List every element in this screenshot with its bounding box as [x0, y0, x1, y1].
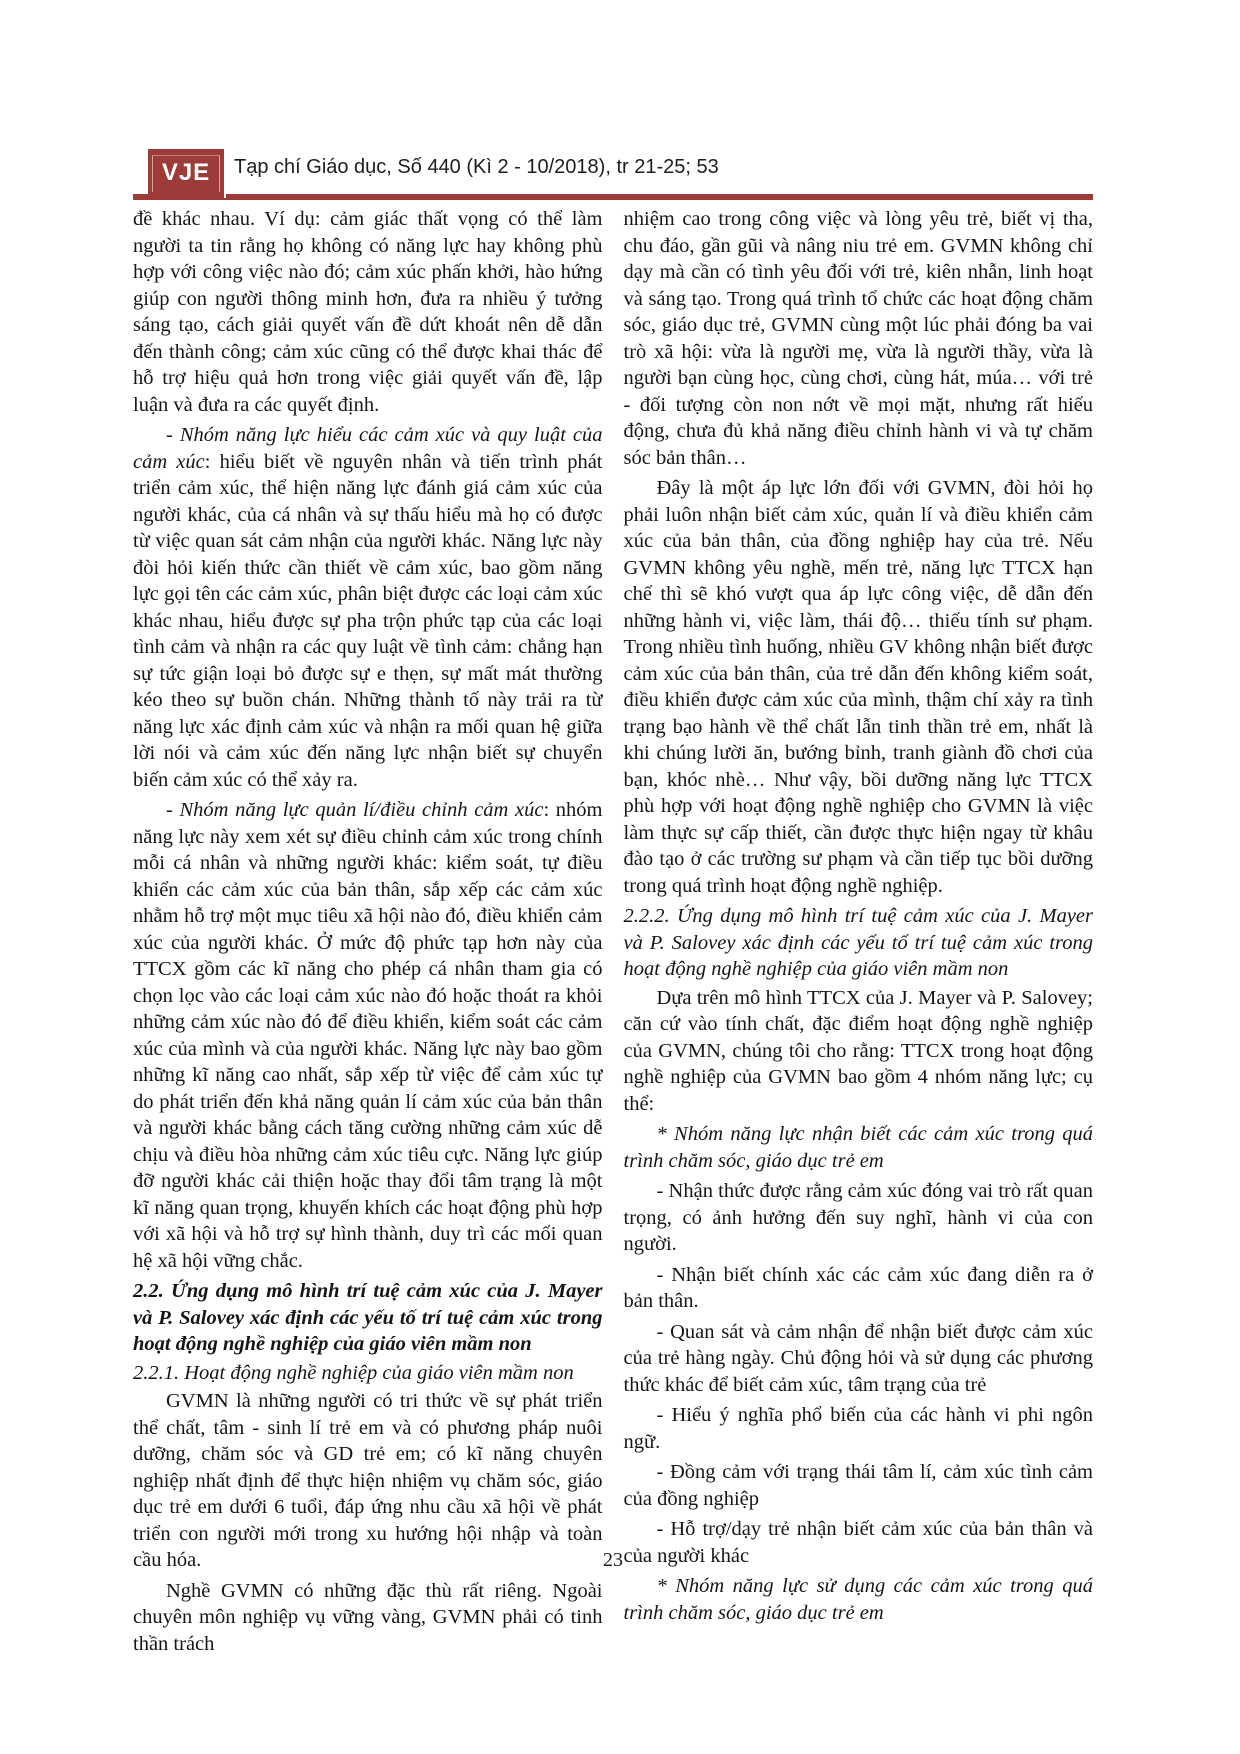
bullet-item: - Nhận thức được rằng cảm xúc đóng vai t…: [624, 1178, 1094, 1258]
paragraph-pressure: Đây là một áp lực lớn đối với GVMN, đòi …: [624, 475, 1094, 899]
journal-page: VJE Tạp chí Giáo dục, Số 440 (Kì 2 - 10/…: [0, 0, 1240, 1754]
section-heading-2-2-2: 2.2.2. Ứng dụng mô hình trí tuệ cảm xúc …: [624, 903, 1094, 983]
paragraph-lead-italic: - Nhóm năng lực quản lí/điều chỉnh cảm x…: [166, 799, 543, 821]
vje-logo: VJE: [148, 149, 226, 198]
paragraph-continuation: đề khác nhau. Ví dụ: cảm giác thất vọng …: [133, 206, 603, 418]
bullet-item: - Nhận biết chính xác các cảm xúc đang d…: [624, 1262, 1094, 1315]
section-heading-2-2-1: 2.2.1. Hoạt động nghề nghiệp của giáo vi…: [133, 1360, 603, 1387]
paragraph-managing-emotions: - Nhóm năng lực quản lí/điều chỉnh cảm x…: [133, 797, 603, 1274]
paragraph-text: : nhóm năng lực này xem xét sự điều chỉn…: [133, 799, 603, 1272]
subheading-recognize-emotions: * Nhóm năng lực nhận biết các cảm xúc tr…: [624, 1121, 1094, 1174]
article-body: đề khác nhau. Ví dụ: cảm giác thất vọng …: [133, 206, 1093, 1661]
journal-info: Tạp chí Giáo dục, Số 440 (Kì 2 - 10/2018…: [234, 156, 719, 179]
header-rule: [133, 194, 1093, 200]
subheading-use-emotions: * Nhóm năng lực sử dụng các cảm xúc tron…: [624, 1573, 1094, 1626]
paragraph-text: : hiểu biết về nguyên nhân và tiến trình…: [133, 451, 603, 791]
page-number: 23: [0, 1549, 1226, 1572]
bullet-item: - Đồng cảm với trạng thái tâm lí, cảm xú…: [624, 1459, 1094, 1512]
paragraph-gvmn-profession: Nghề GVMN có những đặc thù rất riêng. Ng…: [133, 1578, 603, 1658]
paragraph-model-basis: Dựa trên mô hình TTCX của J. Mayer và P.…: [624, 985, 1094, 1118]
section-heading-2-2: 2.2. Ứng dụng mô hình trí tuệ cảm xúc củ…: [133, 1278, 603, 1358]
left-column: đề khác nhau. Ví dụ: cảm giác thất vọng …: [133, 206, 603, 1661]
paragraph-gvmn-definition: GVMN là những người có tri thức về sự ph…: [133, 1388, 603, 1574]
vje-logo-text: VJE: [152, 155, 220, 192]
bullet-item: - Quan sát và cảm nhận để nhận biết được…: [624, 1319, 1094, 1399]
bullet-item: - Hiểu ý nghĩa phổ biến của các hành vi …: [624, 1402, 1094, 1455]
right-column: nhiệm cao trong công việc và lòng yêu tr…: [624, 206, 1094, 1661]
paragraph-understanding-emotions: - Nhóm năng lực hiểu các cảm xúc và quy …: [133, 422, 603, 793]
paragraph-continuation: nhiệm cao trong công việc và lòng yêu tr…: [624, 206, 1094, 471]
